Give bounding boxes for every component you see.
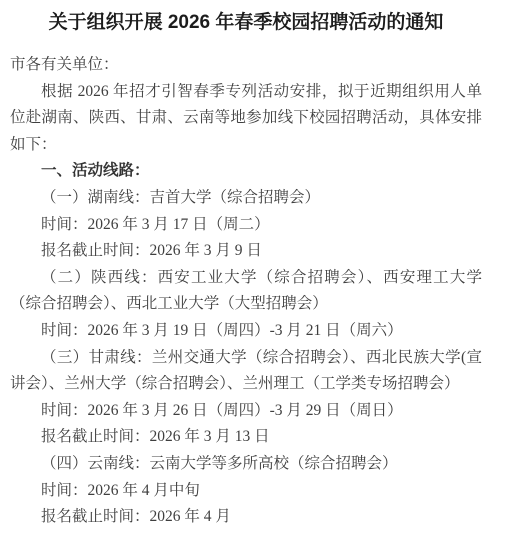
route-shaanxi-line: （二）陕西线：西安工业大学（综合招聘会）、西安理工大学（综合招聘会）、西北工业大… [10,265,482,318]
route-shaanxi-time: 时间：2026 年 3 月 19 日（周四）-3 月 21 日（周六） [10,318,482,345]
salutation: 市各有关单位： [10,52,482,79]
route-gansu-line: （三）甘肃线：兰州交通大学（综合招聘会）、西北民族大学(宣讲会）、兰州大学（综合… [10,345,482,398]
section-heading: 一、活动线路： [10,158,482,185]
route-hunan-line: （一）湖南线：吉首大学（综合招聘会） [10,185,482,212]
route-hunan-time: 时间：2026 年 3 月 17 日（周二） [10,212,482,239]
route-yunnan-time: 时间：2026 年 4 月中旬 [10,478,482,505]
route-gansu-deadline: 报名截止时间：2026 年 3 月 13 日 [10,424,482,451]
route-hunan-deadline: 报名截止时间：2026 年 3 月 9 日 [10,238,482,265]
route-gansu-time: 时间：2026 年 3 月 26 日（周四）-3 月 29 日（周日） [10,398,482,425]
intro-paragraph: 根据 2026 年招才引智春季专列活动安排，拟于近期组织用人单位赴湖南、陕西、甘… [10,79,482,159]
route-yunnan-line: （四）云南线：云南大学等多所高校（综合招聘会） [10,451,482,478]
document-page: 关于组织开展 2026 年春季校园招聘活动的通知 市各有关单位： 根据 2026… [0,0,515,536]
document-title: 关于组织开展 2026 年春季校园招聘活动的通知 [10,8,482,38]
route-yunnan-deadline: 报名截止时间：2026 年 4 月 [10,504,482,531]
